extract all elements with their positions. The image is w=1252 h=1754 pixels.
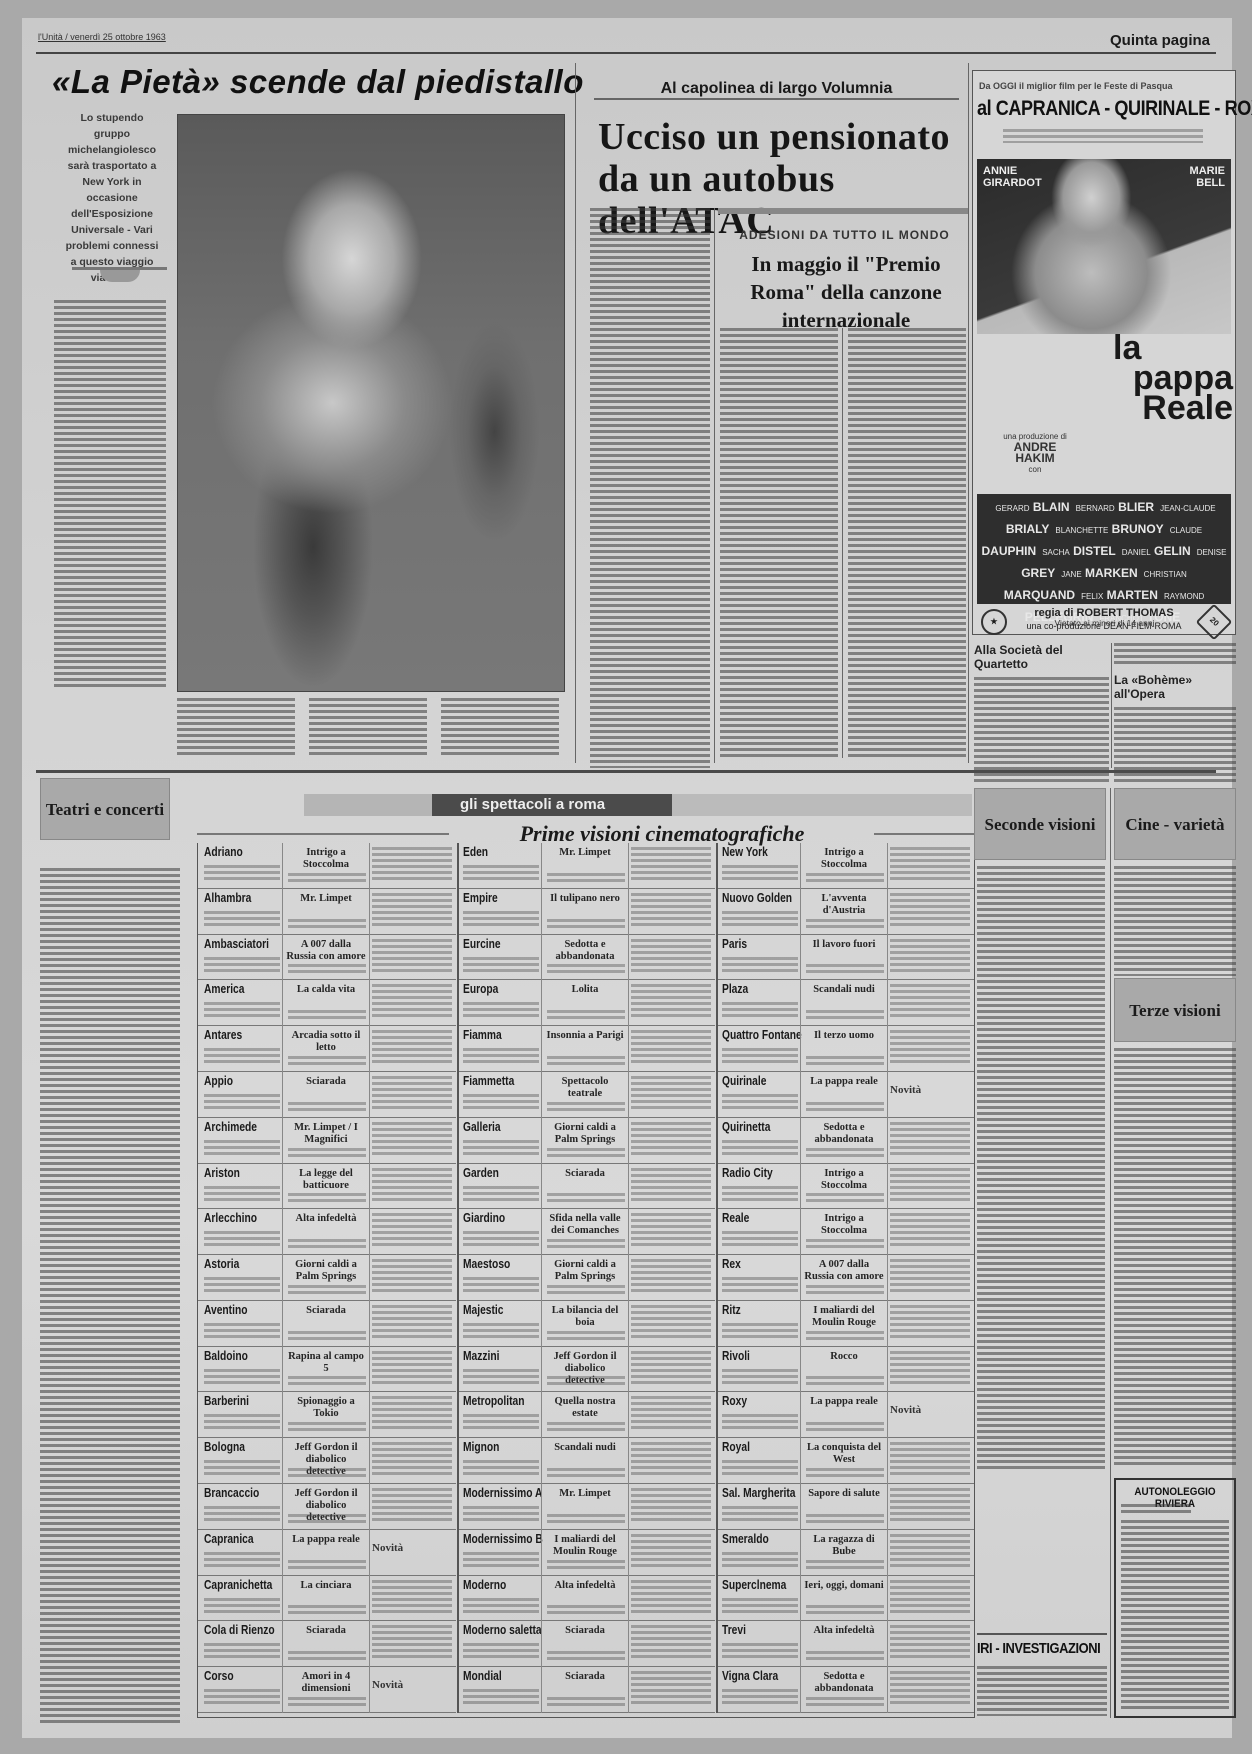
top-rule (36, 52, 1216, 54)
column-rule (714, 208, 715, 763)
cast-first-name: BERNARD (1076, 504, 1115, 513)
cinema-name: Antares (204, 1028, 242, 1042)
film-credit (806, 873, 884, 885)
film-credit (806, 1102, 884, 1114)
cinema-row: Cola di RienzoSciarada (198, 1621, 456, 1667)
column-rule (628, 843, 629, 1713)
film-review (890, 1625, 970, 1661)
film-review (372, 1396, 452, 1432)
ad-top-line: Da OGGI il miglior film per le Feste di … (979, 81, 1229, 91)
cinema-address (463, 1277, 539, 1295)
cast-last-name: BLAIN (1033, 500, 1070, 514)
column-rule (1111, 643, 1112, 768)
premio-body-text (720, 328, 838, 758)
cinema-row: AmericaLa calda vita (198, 980, 456, 1026)
film-credit (547, 1422, 625, 1434)
pieta-headline: «La Pietà» scende dal piedistallo (52, 63, 562, 101)
film-title: Il lavoro fuori (804, 939, 884, 951)
column-rule (800, 843, 801, 1713)
film-title: Sedotta e abbandonata (545, 939, 625, 963)
cinema-name: Paris (722, 937, 747, 951)
film-review (631, 984, 711, 1020)
cinema-row: BarberiniSpionaggio a Tokio (198, 1392, 456, 1438)
cinema-address (463, 1506, 539, 1524)
boheme-body (1114, 707, 1236, 785)
film-title: Giorni caldi a Palm Springs (286, 1259, 366, 1283)
film-title: Sedotta e abbandonata (804, 1671, 884, 1695)
film-review (631, 1168, 711, 1204)
film-review (631, 1625, 711, 1661)
film-title: La conquista del West (804, 1442, 884, 1466)
cinema-row: GalleriaGiorni caldi a Palm Springs (457, 1118, 715, 1164)
cinema-row: RoyalLa conquista del West (716, 1438, 974, 1484)
pieta-deck: Lo stupendo gruppo michelangiolesco sarà… (62, 110, 162, 286)
cinema-name: Modernissimo B (463, 1532, 543, 1546)
cinema-row: RoxyLa pappa realeNovità (716, 1392, 974, 1438)
column-rule (369, 843, 370, 1713)
cinema-address (722, 911, 798, 929)
film-title: Intrigo a Stoccolma (804, 1168, 884, 1192)
cinema-name: New York (722, 845, 768, 859)
film-review (631, 1351, 711, 1387)
cinema-row: CapranichettaLa cinciara (198, 1576, 456, 1622)
cinema-name: Alhambra (204, 891, 251, 905)
cinema-name: Corso (204, 1669, 234, 1683)
cast-last-name: MARKEN (1085, 566, 1138, 580)
film-credit (288, 873, 366, 885)
film-credit (288, 1560, 366, 1572)
cast-first-name: RAYMOND (1164, 592, 1204, 601)
cast-first-name: JANE (1061, 570, 1081, 579)
cinema-address (722, 1323, 798, 1341)
cinema-row: AlhambraMr. Limpet (198, 889, 456, 935)
film-credit (806, 1285, 884, 1297)
cinema-row: TreviAlta infedeltà (716, 1621, 974, 1667)
film-title: Sciarada (286, 1305, 366, 1317)
film-review (631, 1580, 711, 1616)
cinema-name: Capranichetta (204, 1578, 272, 1592)
cast-first-name: CHRISTIAN (1144, 570, 1187, 579)
cinema-address (204, 1414, 280, 1432)
cinema-row: RivoliRocco (716, 1347, 974, 1393)
film-credit (547, 1651, 625, 1663)
cinema-row: ModernoAlta infedeltà (457, 1576, 715, 1622)
film-title: Giorni caldi a Palm Springs (545, 1122, 625, 1146)
film-review (631, 1213, 711, 1249)
film-review (372, 1442, 452, 1478)
film-review (890, 1534, 970, 1570)
film-review (890, 1213, 970, 1249)
cinema-name: Ambasciatori (204, 937, 269, 951)
film-credit (806, 919, 884, 931)
terze-listings (1114, 1048, 1236, 1468)
cinema-address (204, 1231, 280, 1249)
cinema-name: America (204, 982, 244, 996)
cinema-address (463, 865, 539, 883)
film-title: Sapore di salute (804, 1488, 884, 1500)
film-review (890, 939, 970, 975)
cast-member: SACHA DISTEL (1042, 544, 1116, 558)
cinema-address (204, 1323, 280, 1341)
cinema-address (722, 1002, 798, 1020)
cinema-row: PlazaScandali nudi (716, 980, 974, 1026)
cinema-address (722, 1552, 798, 1570)
cinema-name: Nuovo Golden (722, 891, 792, 905)
film-title: Intrigo a Stoccolma (804, 1213, 884, 1237)
cinema-name: Empire (463, 891, 498, 905)
film-credit (288, 1468, 366, 1480)
film-credit (547, 873, 625, 885)
film-review (631, 1396, 711, 1432)
cinema-name: Cola di Rienzo (204, 1623, 275, 1637)
ad-production-post: con (995, 464, 1075, 475)
banner-shadow (304, 794, 432, 816)
cinema-row: Radio CityIntrigo a Stoccolma (716, 1164, 974, 1210)
cinema-row: CorsoAmori in 4 dimensioniNovità (198, 1667, 456, 1713)
cinema-address (204, 1094, 280, 1112)
column-rule (968, 63, 969, 763)
cinema-name: Giardino (463, 1211, 505, 1225)
film-credit (547, 1331, 625, 1343)
cinema-name: Mondial (463, 1669, 502, 1683)
cast-last-name: MARQUAND (1004, 588, 1075, 602)
cinema-address (463, 1598, 539, 1616)
cinema-address (204, 1506, 280, 1524)
pieta-photo (177, 114, 565, 692)
film-credit (806, 1514, 884, 1526)
cinema-row: AstoriaGiorni caldi a Palm Springs (198, 1255, 456, 1301)
cast-member: BERNARD BLIER (1076, 500, 1154, 514)
cinema-row: Modernissimo BI maliardi del Moulin Roug… (457, 1530, 715, 1576)
cinema-address (463, 1414, 539, 1432)
film-title: Ieri, oggi, domani (804, 1580, 884, 1592)
ad-photo: ANNIE GIRARDOT MARIE BELL (977, 159, 1231, 334)
cinema-name: Quirinale (722, 1074, 766, 1088)
cinema-row: MondialSciarada (457, 1667, 715, 1713)
atac-body-text (590, 208, 710, 768)
cinema-row: AmbasciatoriA 007 dalla Russia con amore (198, 935, 456, 981)
film-title: La ragazza di Bube (804, 1534, 884, 1558)
cinema-name: Modernissimo A (463, 1486, 542, 1500)
iri-heading: IRI - INVESTIGAZIONI (977, 1640, 1089, 1657)
spettacoli-banner: gli spettacoli a roma (432, 794, 672, 816)
boheme-title: La «Bohème» all'Opera (1114, 673, 1236, 701)
film-review (631, 847, 711, 883)
film-credit (288, 1102, 366, 1114)
film-review (890, 1122, 970, 1158)
film-note: Novità (372, 1534, 452, 1568)
cinema-address (463, 1140, 539, 1158)
film-title: Il tulipano nero (545, 893, 625, 905)
film-credit (806, 1376, 884, 1388)
film-review (631, 1488, 711, 1524)
cinema-name: Fiammetta (463, 1074, 514, 1088)
film-title: Scandali nudi (804, 984, 884, 996)
dateline: l'Unità / venerdì 25 ottobre 1963 (38, 32, 166, 42)
listing-column: EdenMr. LimpetEmpireIl tulipano neroEurc… (457, 843, 717, 1713)
cinema-name: Quirinetta (722, 1120, 770, 1134)
ad-footer: Vietato ai minori di 14 anni (977, 618, 1232, 628)
cast-last-name: BLIER (1118, 500, 1154, 514)
cinema-address (463, 1552, 539, 1570)
cast-last-name: BRUNOY (1112, 522, 1164, 536)
ornament-divider (72, 263, 167, 285)
cinema-name: Garden (463, 1166, 499, 1180)
film-review (890, 893, 970, 929)
cinema-address (722, 1140, 798, 1158)
film-title: Amori in 4 dimensioni (286, 1671, 366, 1695)
cinema-row: MetropolitanQuella nostra estate (457, 1392, 715, 1438)
film-title: La pappa reale (804, 1076, 884, 1088)
film-credit (288, 1331, 366, 1343)
cast-first-name: DANIEL (1122, 548, 1151, 557)
cast-first-name: FELIX (1081, 592, 1103, 601)
cinema-address (722, 1506, 798, 1524)
film-review (372, 1168, 452, 1204)
film-credit (547, 964, 625, 976)
cinema-address (722, 1048, 798, 1066)
film-review (890, 1442, 970, 1478)
cinema-row: FiammaInsonnia a Parigi (457, 1026, 715, 1072)
film-review (372, 1122, 452, 1158)
continuation-col (441, 698, 559, 758)
film-credit (288, 964, 366, 976)
film-title: Intrigo a Stoccolma (804, 847, 884, 871)
cinema-row: AristonLa legge del batticuore (198, 1164, 456, 1210)
film-review (372, 1076, 452, 1112)
film-review (631, 939, 711, 975)
cinema-address (722, 1414, 798, 1432)
film-review (631, 1305, 711, 1341)
cinema-name: Rivoli (722, 1349, 750, 1363)
film-review (372, 984, 452, 1020)
film-credit (547, 1056, 625, 1068)
film-credit (547, 1239, 625, 1251)
listing-column: New YorkIntrigo a StoccolmaNuovo GoldenL… (716, 843, 976, 1713)
cinema-row: MazziniJeff Gordon il diabolico detectiv… (457, 1347, 715, 1393)
film-credit (806, 1651, 884, 1663)
film-credit (547, 1560, 625, 1572)
film-credit (547, 1514, 625, 1526)
film-credit (806, 1422, 884, 1434)
boheme-prev-text (1114, 643, 1236, 665)
film-credit (806, 964, 884, 976)
film-title: Mr. Limpet (545, 1488, 625, 1500)
film-review (631, 1534, 711, 1570)
film-note: Novità (372, 1671, 452, 1705)
film-review (372, 1213, 452, 1249)
cast-member: JANE MARKEN (1061, 566, 1137, 580)
cast-member: BLANCHETTE BRUNOY (1055, 522, 1163, 536)
cinema-row: EdenMr. Limpet (457, 843, 715, 889)
cine-varieta-title: Cine - varietà (1125, 814, 1224, 835)
film-title: La legge del batticuore (286, 1168, 366, 1192)
teatri-title: Teatri e concerti (46, 799, 164, 820)
film-credit (547, 1468, 625, 1480)
film-credit (806, 1697, 884, 1709)
section-rule (36, 770, 1216, 773)
film-title: Mr. Limpet / I Magnifici (286, 1122, 366, 1146)
film-title: I maliardi del Moulin Rouge (545, 1534, 625, 1558)
quartetto-article: Alla Società del Quartetto (974, 643, 1109, 773)
ad-film-title: la pappa Reale (1093, 333, 1233, 423)
film-credit (288, 919, 366, 931)
cinema-address (463, 911, 539, 929)
cinema-address (204, 1552, 280, 1570)
cinema-address (722, 1689, 798, 1707)
film-title: Spettacolo teatrale (545, 1076, 625, 1100)
cinema-address (463, 1002, 539, 1020)
cine-varieta-heading: Cine - varietà (1114, 788, 1236, 860)
film-title: La calda vita (286, 984, 366, 996)
film-title: Rapina al campo 5 (286, 1351, 366, 1375)
cinema-name: Barberini (204, 1394, 249, 1408)
cinema-row: AdrianoIntrigo a Stoccolma (198, 843, 456, 889)
film-credit (288, 1376, 366, 1388)
cinema-row: BaldoinoRapina al campo 5 (198, 1347, 456, 1393)
cinema-name: Vigna Clara (722, 1669, 778, 1683)
cinema-name: Capranica (204, 1532, 254, 1546)
film-title: Mr. Limpet (545, 847, 625, 859)
film-review (890, 1488, 970, 1524)
cinema-address (722, 957, 798, 975)
cinema-name: Eurcine (463, 937, 501, 951)
cinema-row: EuropaLolita (457, 980, 715, 1026)
cast-member: GERARD BLAIN (995, 500, 1069, 514)
cinema-row: ParisIl lavoro fuori (716, 935, 974, 981)
cinema-name: Appio (204, 1074, 233, 1088)
cinema-name: Adriano (204, 845, 243, 859)
autonoleggio-box: AUTONOLEGGIO RIVIERA (1114, 1478, 1236, 1718)
film-credit (547, 1605, 625, 1617)
cinema-row: Modernissimo AMr. Limpet (457, 1484, 715, 1530)
cast-last-name: GELIN (1154, 544, 1191, 558)
film-credit (288, 1010, 366, 1022)
atac-kicker: Al capolinea di largo Volumnia (594, 80, 959, 100)
cinema-row: QuirinaleLa pappa realeNovità (716, 1072, 974, 1118)
premio-headline: In maggio il "Premio Roma" della canzone… (722, 250, 970, 334)
cinema-name: Maestoso (463, 1257, 510, 1271)
film-review (372, 1488, 452, 1524)
film-review (372, 1351, 452, 1387)
cinema-row: BrancaccioJeff Gordon il diabolico detec… (198, 1484, 456, 1530)
film-title: Alta infedeltà (804, 1625, 884, 1637)
ad-theatres: al CAPRANICA - QUIRINALE - ROXY (977, 97, 1195, 121)
film-credit (288, 1697, 366, 1709)
film-title: Sciarada (545, 1625, 625, 1637)
premio-body-text (848, 328, 966, 758)
cast-first-name: GERARD (995, 504, 1029, 513)
cinema-address (722, 865, 798, 883)
cinema-name: Mignon (463, 1440, 499, 1454)
film-credit (806, 1239, 884, 1251)
cast-first-name: JEAN-CLAUDE (1160, 504, 1216, 513)
pieta-body-text (54, 300, 166, 690)
film-title: Alta infedeltà (545, 1580, 625, 1592)
cast-member: DANIEL GELIN (1122, 544, 1191, 558)
cinema-address (722, 1460, 798, 1478)
ad-star-right: MARIE BELL (1185, 165, 1225, 189)
cinema-row: CapranicaLa pappa realeNovità (198, 1530, 456, 1576)
cinema-row: Vigna ClaraSedotta e abbandonata (716, 1667, 974, 1713)
film-title: A 007 dalla Russia con amore (804, 1259, 884, 1283)
film-credit (288, 1056, 366, 1068)
quartetto-body (974, 677, 1109, 782)
film-credit (806, 1193, 884, 1205)
cinema-row: MajesticLa bilancia del boia (457, 1301, 715, 1347)
film-title: Sfida nella valle dei Comanches (545, 1213, 625, 1237)
cinema-address (722, 1186, 798, 1204)
cinema-row: RexA 007 dalla Russia con amore (716, 1255, 974, 1301)
cinema-name: Plaza (722, 982, 748, 996)
cinema-row: SmeraldoLa ragazza di Bube (716, 1530, 974, 1576)
autonoleggio-price-list (1121, 1520, 1229, 1710)
cinema-row: Nuovo GoldenL'avventa d'Austria (716, 889, 974, 935)
cinema-name: Radio City (722, 1166, 773, 1180)
ad-producer: ANDRE HAKIM (995, 442, 1075, 464)
cinema-name: Arlecchino (204, 1211, 257, 1225)
film-title: Spionaggio a Tokio (286, 1396, 366, 1420)
cinema-row: Sal. MargheritaSapore di salute (716, 1484, 974, 1530)
cinema-name: Reale (722, 1211, 749, 1225)
iri-rule (977, 1633, 1107, 1635)
cast-last-name: DAUPHIN (982, 544, 1037, 558)
cinema-name: Baldoino (204, 1349, 248, 1363)
film-note: Novità (890, 1396, 970, 1430)
iri-body (977, 1666, 1107, 1716)
cinema-row: GardenSciarada (457, 1164, 715, 1210)
cinema-row: MaestosoGiorni caldi a Palm Springs (457, 1255, 715, 1301)
cast-last-name: GREY (1021, 566, 1055, 580)
premio-kicker: ADESIONI DA TUTTO IL MONDO (722, 228, 967, 242)
film-review (890, 1030, 970, 1066)
film-credit (547, 1148, 625, 1160)
column-rule (457, 843, 459, 1713)
cinema-row: Moderno salettaSciarada (457, 1621, 715, 1667)
film-credit (806, 1010, 884, 1022)
film-title: Sciarada (545, 1671, 625, 1683)
film-review (890, 1305, 970, 1341)
listing-column: AdrianoIntrigo a StoccolmaAlhambraMr. Li… (198, 843, 458, 1713)
ad-production: una produzione di ANDRE HAKIM con (995, 431, 1075, 475)
film-review (890, 1259, 970, 1295)
film-credit (288, 1605, 366, 1617)
film-review (631, 1122, 711, 1158)
column-rule (282, 843, 283, 1713)
film-title: A 007 dalla Russia con amore (286, 939, 366, 963)
seconde-listings (977, 866, 1105, 1471)
film-credit (806, 1148, 884, 1160)
film-review (372, 847, 452, 883)
boheme-article: La «Bohème» all'Opera (1114, 643, 1236, 773)
cinema-row: FiammettaSpettacolo teatrale (457, 1072, 715, 1118)
cinema-row: AntaresArcadia sotto il letto (198, 1026, 456, 1072)
cinema-row: AppioSciarada (198, 1072, 456, 1118)
film-review (372, 939, 452, 975)
cinema-address (463, 1369, 539, 1387)
film-review (631, 1442, 711, 1478)
cinema-address (204, 1277, 280, 1295)
film-review (890, 984, 970, 1020)
cinema-address (722, 1094, 798, 1112)
cinema-name: Roxy (722, 1394, 747, 1408)
film-credit (288, 1422, 366, 1434)
cinema-address (204, 1643, 280, 1661)
cinema-row: RealeIntrigo a Stoccolma (716, 1209, 974, 1255)
film-title: Giorni caldi a Palm Springs (545, 1259, 625, 1283)
column-rule (1110, 788, 1111, 1718)
film-credit (288, 1651, 366, 1663)
